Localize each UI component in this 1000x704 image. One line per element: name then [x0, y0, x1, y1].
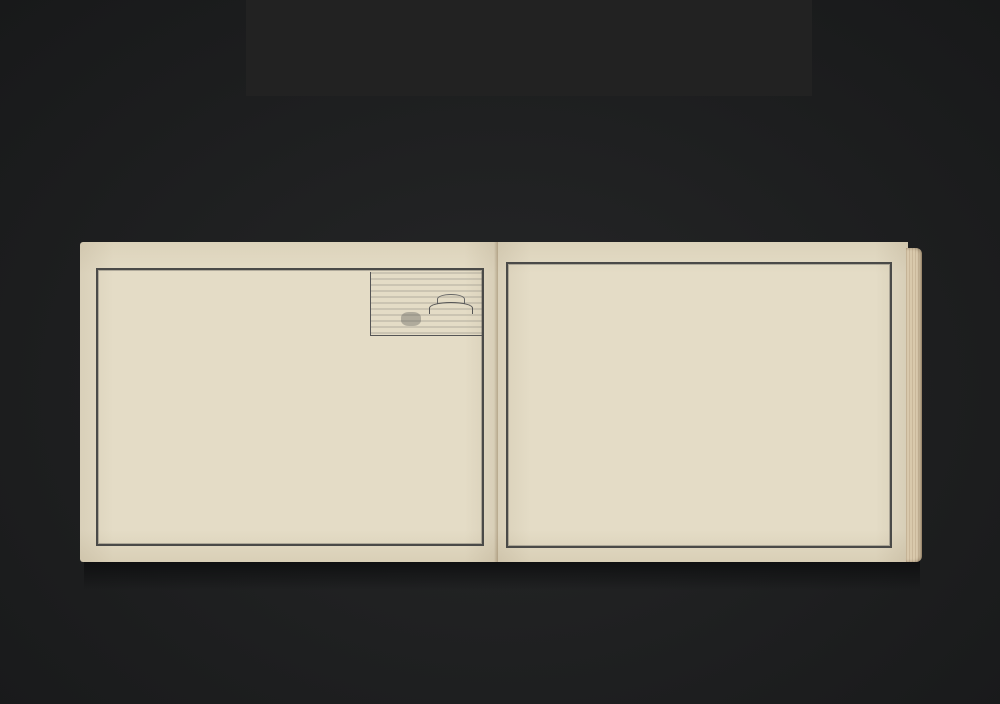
page-edges [906, 248, 922, 562]
left-page-text-columns [101, 273, 479, 541]
right-page [498, 242, 908, 562]
color-calibration-chart [246, 0, 812, 96]
left-page [80, 242, 498, 562]
right-page-text-columns [511, 267, 887, 543]
open-book [80, 242, 922, 564]
right-page-frame [506, 262, 892, 548]
book-shadow [84, 560, 920, 590]
left-page-frame [96, 268, 484, 546]
